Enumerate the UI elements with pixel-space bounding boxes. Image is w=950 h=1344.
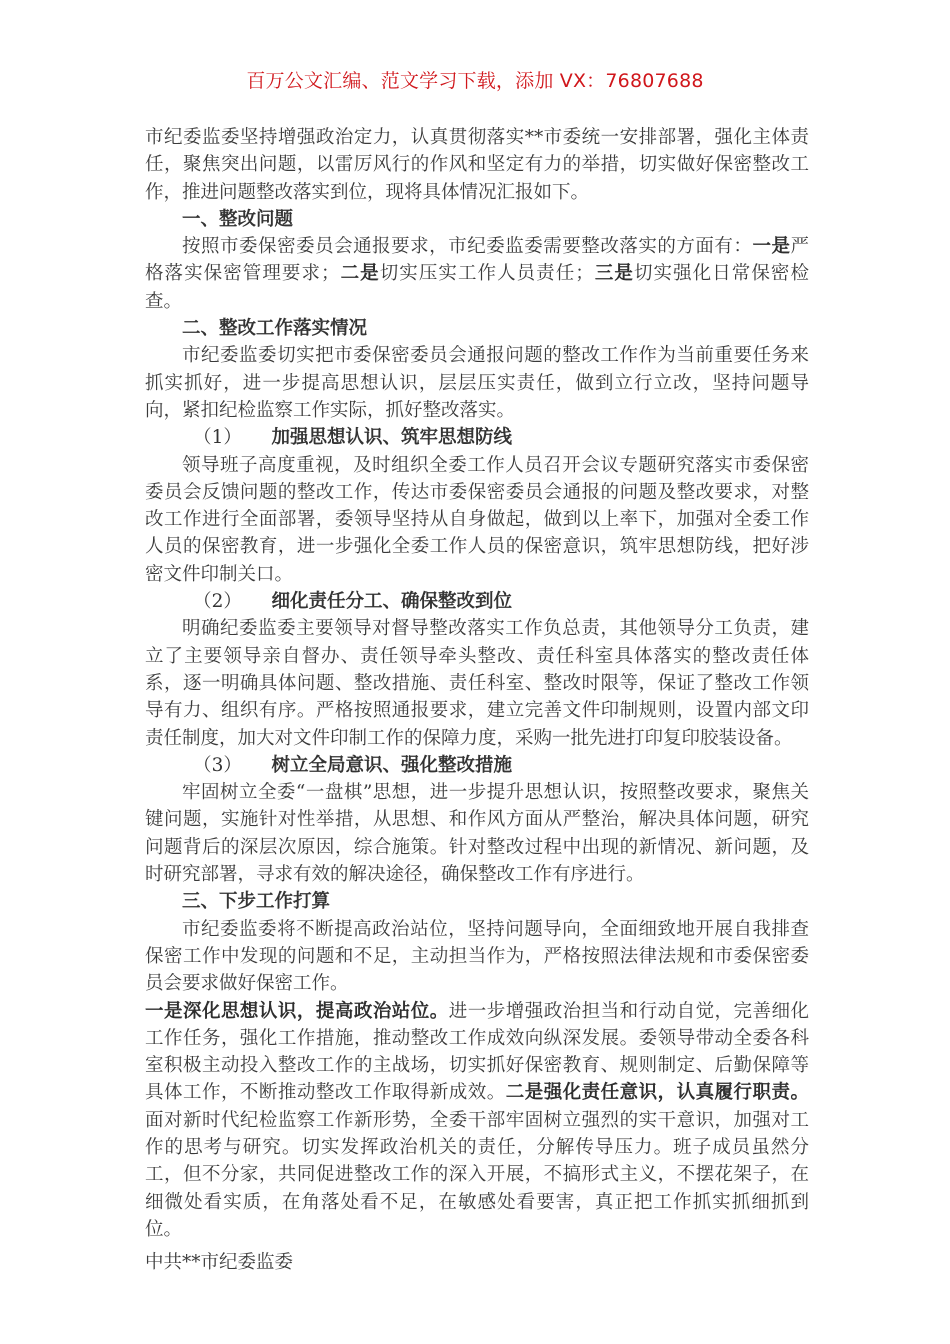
item-3-label: 三是 [594,263,634,284]
point-2-text: 面对新时代纪检监察工作新形势，全委干部牢固树立强烈的实干意识，加强对工作的思考与… [145,1110,809,1240]
section-2-heading: 二、整改工作落实情况 [145,315,809,342]
point-2-title: 二是强化责任意识，认真履行职责。 [506,1082,809,1103]
intro-paragraph: 市纪委监委坚持增强政治定力，认真贯彻落实**市委统一安排部署，强化主体责任，聚焦… [145,124,809,206]
subsection-1-number: （1） [193,427,242,448]
section-1-paragraph: 按照市委保密委员会通报要求，市纪委监委需要整改落实的方面有：一是严格落实保密管理… [145,233,809,315]
item-2-label: 二是 [340,263,380,284]
subsection-2-title: 细化责任分工、确保整改到位 [271,591,512,612]
subsection-3-title: 树立全局意识、强化整改措施 [271,755,512,776]
subsection-1-paragraph: 领导班子高度重视，及时组织全委工作人员召开会议专题研究落实市委保密委员会反馈问题… [145,452,809,588]
item-1-label: 一是 [752,236,790,257]
subsection-1-heading: （1）加强思想认识、筑牢思想防线 [145,424,809,451]
section-1-heading: 一、整改问题 [145,206,809,233]
subsection-3-number: （3） [193,755,242,776]
section-1-prefix: 按照市委保密委员会通报要求，市纪委监委需要整改落实的方面有： [182,236,752,257]
subsection-2-number: （2） [193,591,242,612]
subsection-3-heading: （3）树立全局意识、强化整改措施 [145,752,809,779]
subsection-3-paragraph: 牢固树立全委“一盘棋”思想，进一步提升思想认识，按照整改要求，聚焦关键问题，实施… [145,779,809,888]
section-3-paragraph: 市纪委监委将不断提高政治站位，坚持问题导向，全面细致地开展自我排查保密工作中发现… [145,916,809,998]
subsection-1-title: 加强思想认识、筑牢思想防线 [271,427,512,448]
section-2-paragraph: 市纪委监委切实把市委保密委员会通报问题的整改工作作为当前重要任务来抓实抓好，进一… [145,342,809,424]
subsection-2-paragraph: 明确纪委监委主要领导对督导整改落实工作负总责，其他领导分工负责，建立了主要领导亲… [145,615,809,751]
item-2-text: 切实压实工作人员责任； [380,263,594,284]
point-1-title: 一是深化思想认识，提高政治站位。 [145,1001,449,1022]
document-body: 市纪委监委坚持增强政治定力，认真贯彻落实**市委统一安排部署，强化主体责任，聚焦… [145,124,809,1276]
download-banner: 百万公文汇编、范文学习下载，添加 VX：76807688 [0,66,950,93]
document-page: 百万公文汇编、范文学习下载，添加 VX：76807688 市纪委监委坚持增强政治… [0,0,950,1344]
subsection-2-heading: （2）细化责任分工、确保整改到位 [145,588,809,615]
section-3-heading: 三、下步工作打算 [145,888,809,915]
signature: 中共**市纪委监委 [145,1249,809,1276]
section-3-points: 一是深化思想认识，提高政治站位。进一步增强政治担当和行动自觉，完善细化工作任务，… [145,998,809,1244]
